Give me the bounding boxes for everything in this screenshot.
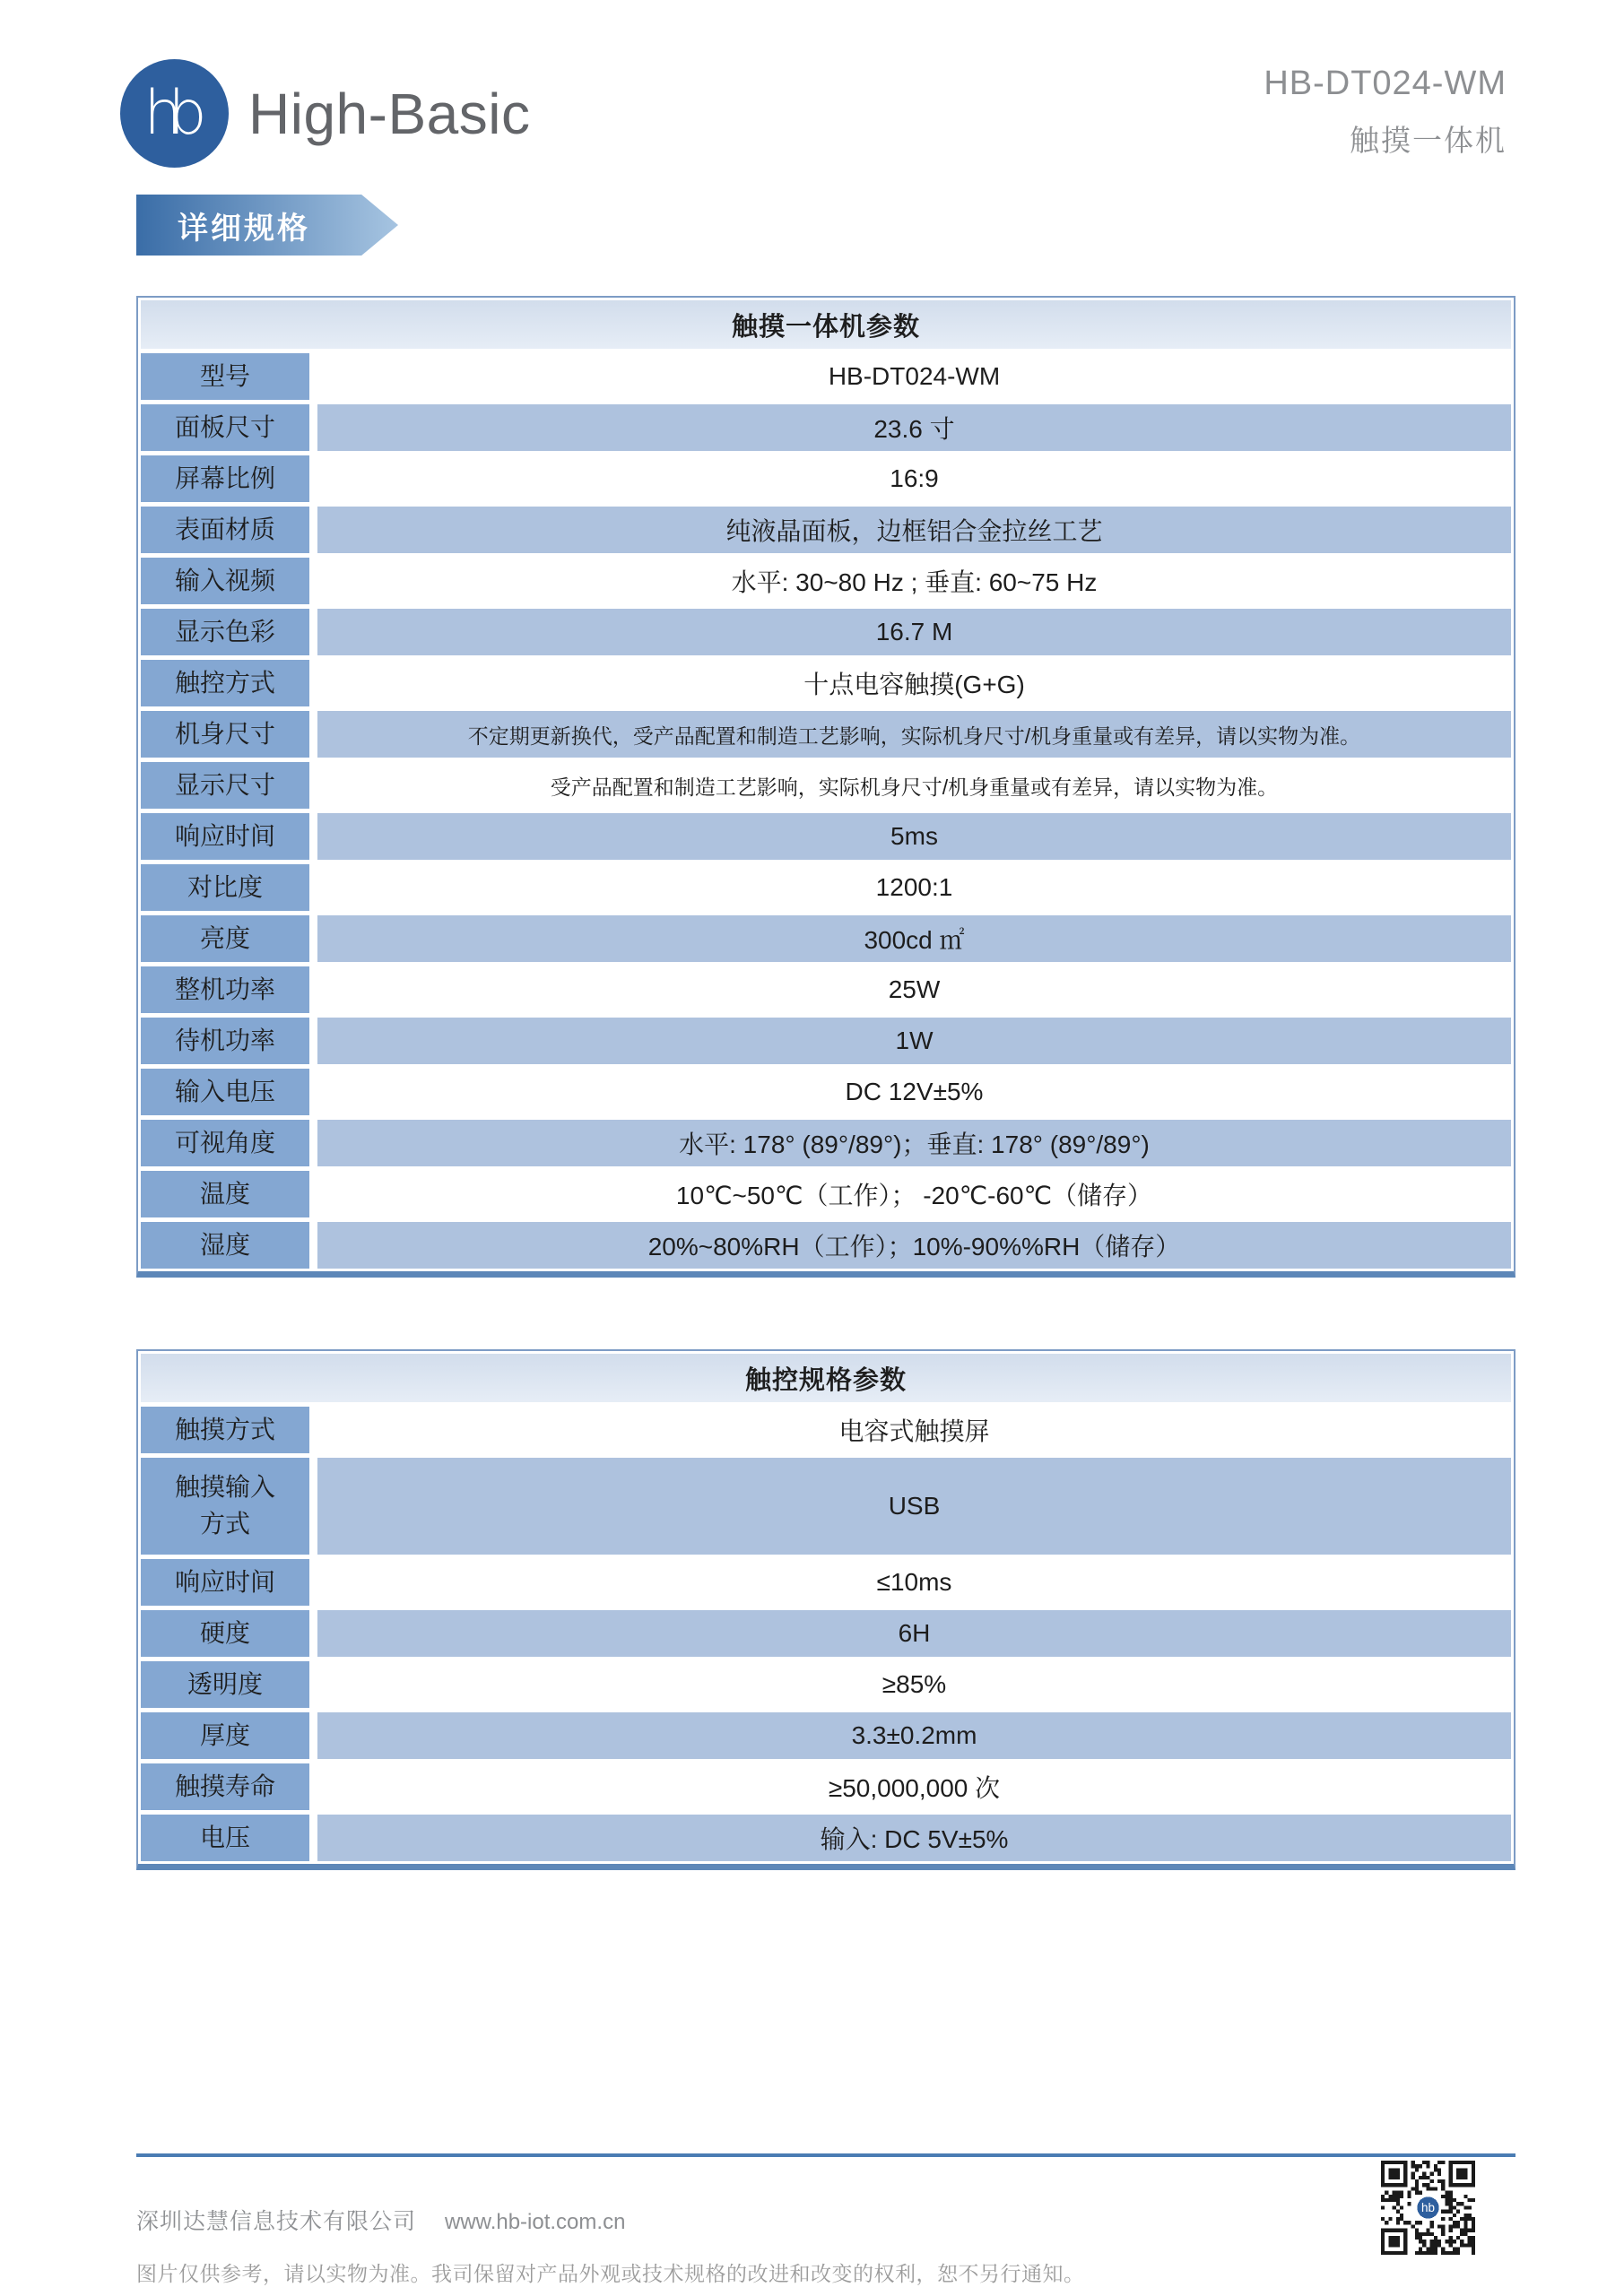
table-row: 机身尺寸 不定期更新换代，受产品配置和制造工艺影响，实际机身尺寸/机身重量或有差… xyxy=(141,711,1511,758)
row-value: ≥85% xyxy=(317,1661,1511,1708)
table-row: 湿度 20%~80%RH（工作）；10%-90%%RH（储存） xyxy=(141,1222,1511,1269)
row-value: 300cd ㎡ xyxy=(317,915,1511,962)
row-label: 电压 xyxy=(141,1815,309,1861)
row-label: 触摸方式 xyxy=(141,1407,309,1453)
touch-spec-table-title: 触控规格参数 xyxy=(141,1354,1511,1402)
row-label: 触摸寿命 xyxy=(141,1763,309,1810)
row-value: USB xyxy=(317,1458,1511,1555)
brand-name: High-Basic xyxy=(248,81,530,147)
row-label: 表面材质 xyxy=(141,507,309,553)
table-row: 响应时间 ≤10ms xyxy=(141,1559,1511,1606)
row-label: 触控方式 xyxy=(141,660,309,706)
table-row: 电压 输入: DC 5V±5% xyxy=(141,1815,1511,1861)
footer-divider xyxy=(136,2153,1515,2157)
table-row: 响应时间 5ms xyxy=(141,813,1511,860)
row-label: 屏幕比例 xyxy=(141,455,309,502)
table-row: 屏幕比例 16:9 xyxy=(141,455,1511,502)
row-value: 受产品配置和制造工艺影响，实际机身尺寸/机身重量或有差异，请以实物为准。 xyxy=(317,762,1511,809)
row-label: 面板尺寸 xyxy=(141,404,309,451)
footer-website-link[interactable]: www.hb-iot.com.cn xyxy=(445,2210,625,2235)
row-label: 输入视频 xyxy=(141,558,309,604)
row-value: 25W xyxy=(317,966,1511,1013)
row-value: DC 12V±5% xyxy=(317,1069,1511,1115)
row-value: ≤10ms xyxy=(317,1559,1511,1606)
table-row: 透明度 ≥85% xyxy=(141,1661,1511,1708)
row-label: 显示色彩 xyxy=(141,609,309,655)
spec-sheet-page: hb High-Basic HB-DT024-WM 触摸一体机 详细规格 触摸一… xyxy=(0,0,1624,2296)
row-label: 整机功率 xyxy=(141,966,309,1013)
section-banner-label: 详细规格 xyxy=(178,204,310,247)
row-value: 6H xyxy=(317,1610,1511,1657)
table-row: 表面材质 纯液晶面板，边框铝合金拉丝工艺 xyxy=(141,507,1511,553)
table-row: 触控方式 十点电容触摸(G+G) xyxy=(141,660,1511,706)
row-value: 不定期更新换代，受产品配置和制造工艺影响，实际机身尺寸/机身重量或有差异，请以实… xyxy=(317,711,1511,758)
hb-logo-icon: hb xyxy=(120,59,229,168)
table-row: 输入电压 DC 12V±5% xyxy=(141,1069,1511,1115)
row-value: 23.6 寸 xyxy=(317,404,1511,451)
row-label: 亮度 xyxy=(141,915,309,962)
row-label: 型号 xyxy=(141,353,309,400)
logo-monogram: hb xyxy=(143,78,192,149)
svg-text:hb: hb xyxy=(1421,2201,1435,2214)
row-value: 16:9 xyxy=(317,455,1511,502)
table-row: 触摸方式 电容式触摸屏 xyxy=(141,1407,1511,1453)
table-row: 触摸寿命 ≥50,000,000 次 xyxy=(141,1763,1511,1810)
section-banner: 详细规格 xyxy=(136,195,398,256)
row-label: 响应时间 xyxy=(141,813,309,860)
row-label: 可视角度 xyxy=(141,1120,309,1166)
device-spec-table: 触摸一体机参数 型号 HB-DT024-WM 面板尺寸 23.6 寸 屏幕比例 … xyxy=(136,296,1515,1278)
row-value: 16.7 M xyxy=(317,609,1511,655)
row-value: 5ms xyxy=(317,813,1511,860)
footer-disclaimer: 图片仅供参考，请以实物为准。我司保留对产品外观或技术规格的改进和改变的权利，恕不… xyxy=(136,2257,1085,2287)
row-value: 纯液晶面板，边框铝合金拉丝工艺 xyxy=(317,507,1511,553)
qr-code: hb xyxy=(1381,2161,1475,2255)
table-row: 亮度 300cd ㎡ xyxy=(141,915,1511,962)
table-row: 厚度 3.3±0.2mm xyxy=(141,1712,1511,1759)
row-value: 水平: 30~80 Hz ; 垂直: 60~75 Hz xyxy=(317,558,1511,604)
table-row: 面板尺寸 23.6 寸 xyxy=(141,404,1511,451)
row-value: 输入: DC 5V±5% xyxy=(317,1815,1511,1861)
touch-spec-table: 触控规格参数 触摸方式 电容式触摸屏 触摸输入 方式 USB 响应时间 ≤10m… xyxy=(136,1349,1515,1870)
table-row: 型号 HB-DT024-WM xyxy=(141,353,1511,400)
row-value: 20%~80%RH（工作）；10%-90%%RH（储存） xyxy=(317,1222,1511,1269)
table-row: 待机功率 1W xyxy=(141,1018,1511,1064)
row-label: 温度 xyxy=(141,1171,309,1217)
table-row: 对比度 1200:1 xyxy=(141,864,1511,911)
device-spec-table-body: 型号 HB-DT024-WM 面板尺寸 23.6 寸 屏幕比例 16:9 表面材… xyxy=(141,353,1511,1269)
table-row: 整机功率 25W xyxy=(141,966,1511,1013)
table-row: 触摸输入 方式 USB xyxy=(141,1458,1511,1555)
row-value: 1200:1 xyxy=(317,864,1511,911)
row-label: 显示尺寸 xyxy=(141,762,309,809)
row-value: 3.3±0.2mm xyxy=(317,1712,1511,1759)
product-type: 触摸一体机 xyxy=(1264,117,1507,160)
row-label: 硬度 xyxy=(141,1610,309,1657)
row-label: 机身尺寸 xyxy=(141,711,309,758)
row-label: 触摸输入 方式 xyxy=(141,1458,309,1555)
device-spec-table-title: 触摸一体机参数 xyxy=(141,300,1511,349)
row-label: 待机功率 xyxy=(141,1018,309,1064)
table-row: 温度 10℃~50℃（工作）； -20℃-60℃（储存） xyxy=(141,1171,1511,1217)
row-value: ≥50,000,000 次 xyxy=(317,1763,1511,1810)
table-row: 可视角度 水平: 178° (89°/89°)；垂直: 178° (89°/89… xyxy=(141,1120,1511,1166)
row-label: 透明度 xyxy=(141,1661,309,1708)
row-label: 厚度 xyxy=(141,1712,309,1759)
row-label: 输入电压 xyxy=(141,1069,309,1115)
footer-company: 深圳达慧信息技术有限公司 xyxy=(136,2204,416,2236)
row-value: 1W xyxy=(317,1018,1511,1064)
footer-company-line: 深圳达慧信息技术有限公司 www.hb-iot.com.cn xyxy=(136,2204,625,2236)
table-row: 硬度 6H xyxy=(141,1610,1511,1657)
row-value: 十点电容触摸(G+G) xyxy=(317,660,1511,706)
row-label: 响应时间 xyxy=(141,1559,309,1606)
row-value: 电容式触摸屏 xyxy=(317,1407,1511,1453)
row-value: HB-DT024-WM xyxy=(317,353,1511,400)
header-model-block: HB-DT024-WM 触摸一体机 xyxy=(1264,65,1507,160)
touch-spec-table-body: 触摸方式 电容式触摸屏 触摸输入 方式 USB 响应时间 ≤10ms 硬度 6H xyxy=(141,1407,1511,1861)
row-value: 10℃~50℃（工作）； -20℃-60℃（储存） xyxy=(317,1171,1511,1217)
row-label: 湿度 xyxy=(141,1222,309,1269)
row-label: 对比度 xyxy=(141,864,309,911)
table-row: 显示尺寸 受产品配置和制造工艺影响，实际机身尺寸/机身重量或有差异，请以实物为准… xyxy=(141,762,1511,809)
brand-logo: hb High-Basic xyxy=(120,59,530,168)
table-row: 显示色彩 16.7 M xyxy=(141,609,1511,655)
table-row: 输入视频 水平: 30~80 Hz ; 垂直: 60~75 Hz xyxy=(141,558,1511,604)
row-value: 水平: 178° (89°/89°)；垂直: 178° (89°/89°) xyxy=(317,1120,1511,1166)
model-number: HB-DT024-WM xyxy=(1264,65,1507,103)
